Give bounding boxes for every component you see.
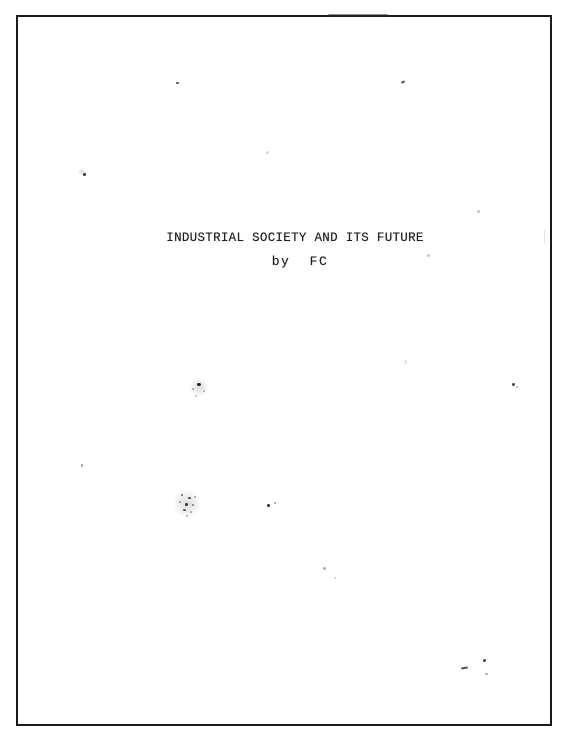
- scan-speck: [404, 360, 407, 364]
- document-title: INDUSTRIAL SOCIETY AND ITS FUTURE: [166, 231, 423, 245]
- scan-speck: [477, 210, 480, 213]
- scan-speck: [266, 151, 269, 154]
- scan-speck: [274, 502, 276, 504]
- scan-speck: [83, 173, 86, 176]
- scan-speck: [197, 383, 201, 386]
- scan-speck: [195, 395, 197, 397]
- scan-speck: [483, 659, 486, 662]
- scan-speck: [334, 577, 336, 579]
- scan-speck: [203, 390, 205, 392]
- scan-speck: [188, 497, 191, 499]
- scan-border-frame: [16, 15, 552, 726]
- scan-speck: [544, 230, 545, 244]
- scan-speck: [189, 377, 209, 397]
- scan-speck: [176, 82, 179, 84]
- scan-speck: [192, 504, 194, 506]
- scan-speck: [516, 386, 518, 388]
- scan-speck: [427, 254, 430, 257]
- document-byline: by FC: [272, 254, 329, 269]
- scan-speck: [194, 496, 196, 498]
- scan-speck: [183, 509, 186, 511]
- scan-speck: [81, 464, 83, 467]
- scan-speck: [185, 503, 188, 506]
- scan-speck: [181, 494, 183, 496]
- scan-speck: [179, 501, 181, 503]
- scan-speck: [512, 383, 515, 386]
- scanned-document-page: INDUSTRIAL SOCIETY AND ITS FUTURE by FC: [0, 0, 566, 739]
- scan-speck: [267, 504, 270, 507]
- scan-speck: [485, 673, 488, 675]
- scan-speck: [323, 567, 326, 570]
- scan-speck: [190, 511, 192, 513]
- scan-speck: [192, 388, 194, 390]
- scan-speck: [186, 515, 188, 517]
